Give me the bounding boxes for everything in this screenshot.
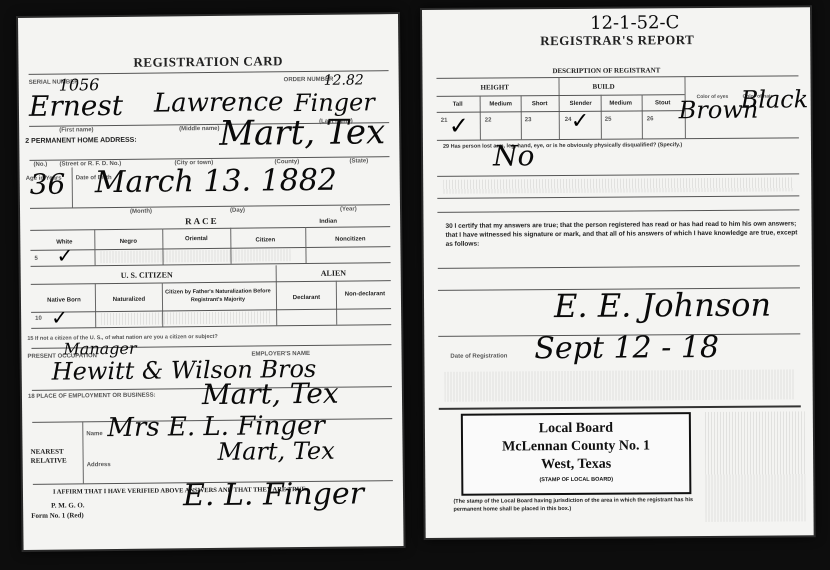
build-header: BUILD [593,83,615,91]
divider [437,94,685,97]
home-address-label: 2 PERMANENT HOME ADDRESS: [25,137,136,145]
dob-month-label: (Month) [130,209,152,215]
divider [437,195,799,199]
stamp-number: 12-1-52-C [590,12,679,34]
report-title: REGISTRAR'S REPORT [540,32,694,49]
form-number: Form No. 1 (Red) [31,511,84,520]
stamp-line-3: West, Texas [463,456,689,474]
divider [437,110,685,113]
registrar-signature: E. E. Johnson [554,286,771,326]
scan-noise [443,177,793,193]
divider [437,137,799,141]
height-tall-label: Tall [437,102,479,108]
citizen-native-checkmark: ✓ [51,305,68,329]
relative-address-value: Mart, Tex [217,437,334,466]
divider [94,229,95,265]
height-short-label: Short [521,101,559,107]
first-name-label: (First name) [59,127,93,133]
race-row-number: 5 [34,256,37,262]
divider [336,281,337,325]
divider [439,405,801,410]
divider [305,227,306,263]
employment-place-value: Mart, Tex [202,377,339,411]
build-medium-label: Medium [601,100,641,106]
row-number: 22 [485,118,492,124]
registrant-first-name: Ernest [29,89,123,123]
order-number: 12.82 [324,72,364,88]
indian-label: Indian [278,218,378,225]
home-address: Mart, Tex [219,112,385,154]
divider [436,75,798,79]
dob-year-label: (Year) [340,206,357,212]
dob-value: March 13. 1882 [95,163,338,201]
registration-card-back: 12-1-52-C REGISTRAR'S REPORT DESCRIPTION… [422,7,814,538]
divider [72,167,73,207]
date-of-registration-label: Date of Registration [450,353,507,359]
description-header: DESCRIPTION OF REGISTRANT [552,66,660,75]
divider [276,265,278,325]
address-state-label: (State) [349,158,368,164]
divider [438,265,800,269]
race-oriental-label: Oriental [162,236,230,243]
occupation-value: Manager [63,339,136,359]
relative-name-label: Name [86,431,102,437]
employment-place-label: 18 PLACE OF EMPLOYMENT OR BUSINESS: [28,393,156,400]
race-noncitizen-label: Noncitizen [310,236,390,243]
row-number: 25 [605,117,612,123]
build-slender-label: Slender [561,101,601,107]
height-header: HEIGHT [481,83,509,91]
divider [95,283,96,327]
divider [437,209,799,213]
divider [30,226,390,231]
race-white-checkmark: ✓ [56,243,73,267]
scan-noise [100,249,290,263]
build-stout-label: Stout [643,100,683,106]
disability-value: No [493,139,535,172]
race-header: RACE [185,216,219,226]
divider [31,262,391,267]
build-slender-checkmark: ✓ [571,109,590,134]
alien-nondeclarant-label: Non-declarant [339,290,391,299]
row-number: 23 [525,117,532,123]
divider [82,421,84,483]
divider [437,173,799,177]
stamp-note: (The stamp of the Local Board having jur… [453,496,693,514]
registration-card-front: REGISTRATION CARD SERIAL NUMBER 1056 ORD… [18,14,404,550]
citizen-naturalized-label: Naturalized [97,297,161,304]
middle-name-label: (Middle name) [179,126,219,132]
scan-noise [705,411,806,522]
scan-noise [445,369,795,401]
citizen-native-born-label: Native Born [35,297,93,304]
stamp-line-4: (STAMP OF LOCAL BOARD) [463,476,689,484]
disability-label: 29 Has person lost arm, leg, hand, eye, … [443,142,682,150]
divider [30,204,390,209]
citizen-row-number: 10 [35,316,42,322]
dob-day-label: (Day) [230,208,245,214]
citizen-header: U. S. CITIZEN [121,270,173,280]
row-number: 21 [441,118,448,124]
nearest-relative-label: NEAREST RELATIVE [31,447,79,466]
alien-header: ALIEN [321,269,346,278]
scan-noise [101,311,271,325]
divider [31,324,391,329]
form-id: P. M. G. O. [51,501,84,509]
height-medium-label: Medium [481,101,521,107]
age-value: 36 [30,168,66,201]
stamp-line-2: McLennan County No. 1 [463,438,689,456]
height-tall-checkmark: ✓ [449,112,469,140]
registrant-signature: E. L. Finger [183,476,364,513]
race-citizen-label: Citizen [230,237,300,244]
card-title: REGISTRATION CARD [133,53,283,71]
divider [558,77,559,139]
certify-text: 30 I certify that my answers are true; t… [445,219,797,248]
row-number: 26 [647,116,654,122]
alien-declarant-label: Declarant [279,295,334,302]
hair-color-value: Black [741,85,809,113]
date-of-registration-value: Sept 12 - 18 [534,330,719,366]
race-negro-label: Negro [94,239,162,246]
relative-address-label: Address [87,462,111,468]
citizen-by-father-label: Citizen by Father's Naturalization Befor… [164,287,272,304]
local-board-stamp-box: Local Board McLennan County No. 1 West, … [461,412,692,496]
stamp-line-1: Local Board [463,420,689,438]
